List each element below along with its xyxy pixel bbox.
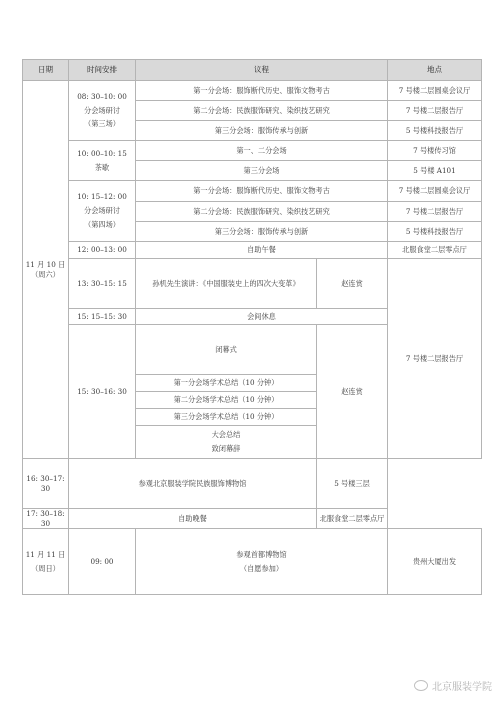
agenda-cell: 第一分会场：服饰断代历史、服饰文物考古 (136, 181, 388, 202)
watermark-text: 北京服装学院 (432, 678, 492, 693)
host-cell: 赵连赏 (317, 325, 388, 459)
agenda-cell: 第一分会场：服饰断代历史、服饰文物考古 (136, 81, 388, 101)
agenda-cell: 自助午餐 (136, 242, 388, 259)
time-cell: 15: 15–15: 30 (69, 309, 136, 325)
location-cell: 5 号楼 A101 (388, 161, 482, 181)
table-row: 10: 00–10: 15茶歇 第一、二分会场 7 号楼传习馆 (23, 141, 482, 161)
table-row: 16: 30–17: 30 参观北京服装学院民族服饰博物馆 5 号楼三层 (23, 459, 482, 509)
table-row: 11 月 11 日（周日） 09: 00 参观首都博物馆（自愿参加） 贵州大厦出… (23, 529, 482, 595)
location-cell: 7 号楼二层报告厅 (388, 202, 482, 222)
time-cell: 17: 30–18: 30 (23, 509, 69, 529)
host-cell: 赵连赏 (317, 259, 388, 309)
agenda-cell: 第三分会场：服饰传承与创新 (136, 121, 388, 141)
location-cell: 贵州大厦出发 (388, 529, 482, 595)
time-cell-session4: 10: 15–12: 00分会场研讨（第四场） (69, 181, 136, 242)
time-cell: 12: 00–13: 00 (69, 242, 136, 259)
location-cell: 5 号楼三层 (317, 459, 388, 509)
table-row: 12: 00–13: 00 自助午餐 北服食堂二层零点厅 (23, 242, 482, 259)
location-cell: 5 号楼科技报告厅 (388, 121, 482, 141)
time-cell-closing: 15: 30–16: 30 (69, 325, 136, 459)
location-cell: 5 号楼科技报告厅 (388, 222, 482, 242)
agenda-cell: 第一分会场学术总结（10 分钟） (136, 375, 317, 392)
agenda-cell: 参观首都博物馆（自愿参加） (136, 529, 388, 595)
agenda-cell: 第一、二分会场 (136, 141, 388, 161)
date-cell-day2: 11 月 11 日（周日） (23, 529, 69, 595)
date-cell-day1: 11 月 10 日（周六） (23, 81, 69, 459)
location-cell: 7 号楼传习馆 (388, 141, 482, 161)
agenda-cell: 参观北京服装学院民族服饰博物馆 (69, 459, 317, 509)
header-agenda: 议程 (136, 60, 388, 81)
time-cell-session3: 08: 30–10: 00分会场研讨（第三场） (69, 81, 136, 141)
agenda-cell: 第二分会场学术总结（10 分钟） (136, 392, 317, 409)
time-cell-tea: 10: 00–10: 15茶歇 (69, 141, 136, 181)
location-cell: 北服食堂二层零点厅 (388, 242, 482, 259)
agenda-cell: 第三分会场 (136, 161, 388, 181)
schedule-table: 日期 时间安排 议程 地点 11 月 10 日（周六） 08: 30–10: 0… (22, 59, 482, 595)
time-cell: 13: 30–15: 15 (69, 259, 136, 309)
location-cell: 7 号楼二层报告厅 (388, 101, 482, 121)
location-cell-hall: 7 号楼二层报告厅 (388, 259, 482, 459)
time-cell: 16: 30–17: 30 (23, 459, 69, 509)
table-row: 13: 30–15: 15 孙机先生演讲：《中国服装史上的四次大变革》 赵连赏 … (23, 259, 482, 309)
watermark: 北京服装学院 (414, 678, 492, 693)
header-time: 时间安排 (69, 60, 136, 81)
agenda-cell: 会间休息 (136, 309, 388, 325)
wechat-icon (414, 680, 428, 691)
agenda-cell: 第二分会场：民族服饰研究、染织技艺研究 (136, 101, 388, 121)
header-row: 日期 时间安排 议程 地点 (23, 60, 482, 81)
agenda-cell: 第三分会场：服饰传承与创新 (136, 222, 388, 242)
agenda-cell: 第二分会场：民族服饰研究、染织技艺研究 (136, 202, 388, 222)
table-row: 17: 30–18: 30 自助晚餐 北服食堂二层零点厅 (23, 509, 482, 529)
agenda-cell: 闭幕式 (136, 325, 317, 375)
table-row: 11 月 10 日（周六） 08: 30–10: 00分会场研讨（第三场） 第一… (23, 81, 482, 101)
time-cell: 09: 00 (69, 529, 136, 595)
header-location: 地点 (388, 60, 482, 81)
agenda-cell: 大会总结致闭幕辞 (136, 426, 317, 459)
agenda-cell: 自助晚餐 (69, 509, 317, 529)
agenda-cell: 第三分会场学术总结（10 分钟） (136, 409, 317, 426)
table-row: 10: 15–12: 00分会场研讨（第四场） 第一分会场：服饰断代历史、服饰文… (23, 181, 482, 202)
location-cell: 7 号楼二层圆桌会议厅 (388, 81, 482, 101)
location-cell: 7 号楼二层圆桌会议厅 (388, 181, 482, 202)
agenda-cell: 孙机先生演讲：《中国服装史上的四次大变革》 (136, 259, 317, 309)
header-date: 日期 (23, 60, 69, 81)
location-cell: 北服食堂二层零点厅 (317, 509, 388, 529)
